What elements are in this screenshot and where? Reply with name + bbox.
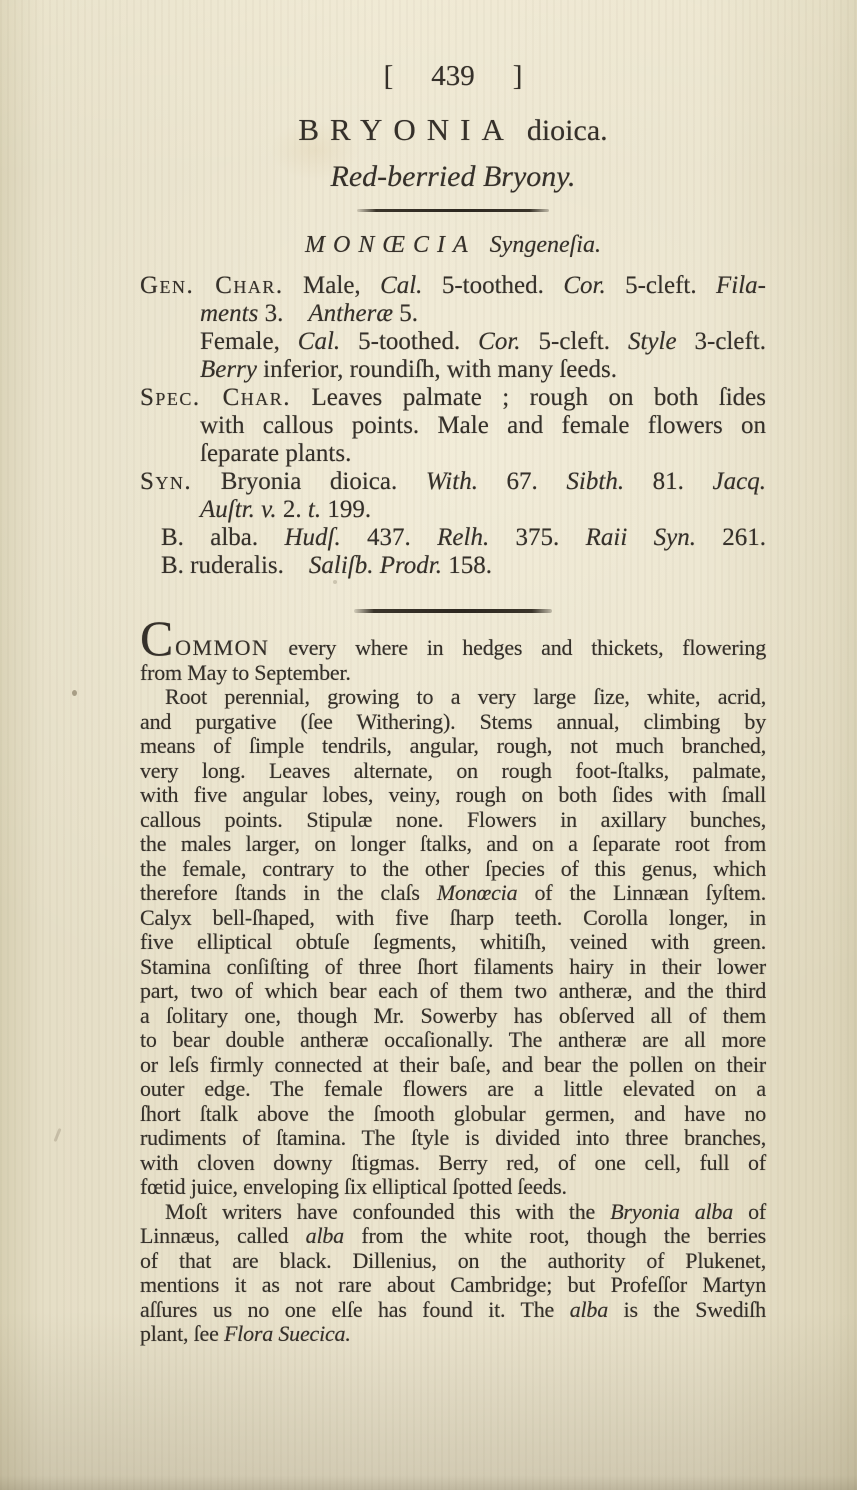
text-segment: Antheræ: [308, 300, 393, 327]
text-segment: from the white root, though the berries: [344, 1223, 766, 1248]
text-segment: Jacq.: [713, 468, 766, 495]
text-segment: Spec. Char.: [140, 384, 291, 411]
text-segment: Calyx bell-ſhaped, with five ſharp teeth…: [140, 905, 766, 930]
text-line: mentions it as not rare about Cambridge;…: [140, 1273, 766, 1298]
text-segment: Sibth.: [566, 468, 624, 495]
text-line: plant, ſee Flora Suecica.: [140, 1322, 766, 1347]
initial-capital: C: [140, 610, 173, 666]
text-segment: 375.: [489, 524, 585, 551]
text-line: Auſtr. v. 2. t. 199.: [140, 496, 766, 524]
text-line: Linnæus, called alba from the white root…: [140, 1224, 766, 1249]
text-segment: 5-cleft.: [606, 272, 716, 299]
text-segment: Linnæus, called: [140, 1223, 306, 1248]
text-line: fœtid juice, enveloping ſix elliptical ſ…: [140, 1175, 766, 1200]
text-line: ſeparate plants.: [140, 440, 766, 468]
text-segment: OMMON: [175, 635, 269, 660]
page-content: [439] BRYONIAdioica. Red-berried Bryony.…: [140, 0, 766, 1347]
genus-name: BRYONIA: [298, 112, 515, 147]
text-line: therefore ſtands in the claſs Monœcia of…: [140, 881, 766, 906]
text-segment: Hudſ.: [284, 524, 340, 551]
text-segment: five elliptical obtuſe ſegments, whitiſh…: [140, 929, 766, 954]
text-line: outer edge. The female flowers are a lit…: [140, 1077, 766, 1102]
text-line: Stamina conſiſting of three ſhort filame…: [140, 955, 766, 980]
common-name: Red-berried Bryony.: [140, 160, 766, 194]
text-segment: alba: [306, 1223, 344, 1248]
text-segment: 5-toothed.: [422, 272, 563, 299]
text-segment: Cor.: [563, 272, 605, 299]
text-segment: of that are black. Dillenius, on the aut…: [140, 1248, 766, 1273]
text-line: of that are black. Dillenius, on the aut…: [140, 1249, 766, 1274]
text-line: rudiments of ſtamina. The ſtyle is divid…: [140, 1126, 766, 1151]
text-segment: Syn.: [140, 468, 192, 495]
text-line: ſhort ſtalk above the ſmooth globular ge…: [140, 1102, 766, 1127]
text-segment: with five angular lobes, veiny, rough on…: [140, 782, 766, 807]
text-segment: very long. Leaves alternate, on rough fo…: [140, 758, 766, 783]
text-segment: 261.: [696, 524, 766, 551]
text-line: Gen. Char. Male, Cal. 5-toothed. Cor. 5-…: [140, 272, 766, 300]
text-segment: the female, contrary to the other ſpecie…: [140, 856, 766, 881]
text-segment: Moſt writers have confounded this with t…: [165, 1199, 610, 1224]
text-line: B. ruderalis. Saliſb. Prodr. 158.: [140, 552, 766, 580]
text-segment: Root perennial, growing to a very large …: [165, 684, 766, 709]
text-segment: Gen. Char.: [140, 272, 284, 299]
text-segment: part, two of which bear each of them two…: [140, 978, 766, 1003]
text-segment: every where in hedges and thickets, flow…: [269, 635, 766, 660]
text-segment: B. alba.: [161, 524, 284, 551]
text-line: or leſs firmly connected at their baſe, …: [140, 1053, 766, 1078]
text-line: Moſt writers have confounded this with t…: [140, 1200, 766, 1225]
text-segment: of the Linnæan ſyſtem.: [517, 880, 766, 905]
text-line: the female, contrary to the other ſpecie…: [140, 857, 766, 882]
divider-rule-top: [357, 209, 549, 212]
text-segment: 437.: [341, 524, 437, 551]
text-segment: Cal.: [298, 328, 340, 355]
text-line: very long. Leaves alternate, on rough fo…: [140, 759, 766, 784]
text-segment: the males larger, on longer ſtalks, and …: [140, 831, 766, 856]
text-line: with five angular lobes, veiny, rough on…: [140, 783, 766, 808]
text-segment: ſeparate plants.: [200, 440, 351, 467]
text-segment: inferior, roundiſh, with many ſeeds.: [257, 356, 617, 383]
text-line: Berry inferior, roundiſh, with many ſeed…: [140, 356, 766, 384]
text-segment: with callous points. Male and female flo…: [200, 412, 766, 439]
text-segment: Male,: [284, 272, 380, 299]
text-line: Root perennial, growing to a very large …: [140, 685, 766, 710]
text-segment: and purgative (ſee Withering). Stems ann…: [140, 709, 766, 734]
text-line: a ſolitary one, though Mr. Sowerby has o…: [140, 1004, 766, 1029]
text-line: with callous points. Male and female flo…: [140, 412, 766, 440]
linnaean-order: Syngeneſia.: [490, 232, 601, 258]
text-segment: means of ſimple tendrils, angular, rough…: [140, 733, 766, 758]
page-title: BRYONIAdioica.: [140, 113, 766, 153]
text-segment: aſſures us no one elſe has found it. The: [140, 1297, 570, 1322]
bracket-open: [: [384, 60, 394, 92]
book-page-photo: [439] BRYONIAdioica. Red-berried Bryony.…: [0, 0, 857, 1490]
text-segment: of: [733, 1199, 766, 1224]
text-segment: Style: [628, 328, 677, 355]
description-section: COMMON every where in hedges and thicket…: [140, 636, 766, 1347]
text-segment: 3-cleft.: [677, 328, 766, 355]
text-line: means of ſimple tendrils, angular, rough…: [140, 734, 766, 759]
text-segment: 2.: [277, 496, 308, 523]
text-segment: t.: [308, 496, 321, 523]
text-segment: 199.: [321, 496, 371, 523]
text-segment: Fila-: [716, 272, 766, 299]
text-segment: B. ruderalis.: [161, 552, 309, 579]
text-segment: fœtid juice, enveloping ſix elliptical ſ…: [140, 1174, 567, 1199]
text-line: aſſures us no one elſe has found it. The…: [140, 1298, 766, 1323]
text-segment: Berry: [200, 356, 257, 383]
text-segment: Flora Suecica.: [224, 1321, 351, 1346]
linnaean-class: MONŒCIA: [305, 232, 476, 258]
text-segment: 81.: [624, 468, 712, 495]
text-line: COMMON every where in hedges and thicket…: [140, 636, 766, 661]
text-segment: with cloven downy ſtigmas. Berry red, of…: [140, 1150, 766, 1175]
paper-speck: [53, 1128, 61, 1142]
text-segment: callous points. Stipulæ none. Flowers in…: [140, 807, 766, 832]
text-line: Female, Cal. 5-toothed. Cor. 5-cleft. St…: [140, 328, 766, 356]
text-segment: 3.: [258, 300, 308, 327]
text-line: B. alba. Hudſ. 437. Relh. 375. Raii Syn.…: [140, 524, 766, 552]
text-segment: Cal.: [380, 272, 422, 299]
species-name: dioica.: [527, 114, 608, 147]
text-segment: Bryonia dioica.: [192, 468, 426, 495]
text-segment: Cor.: [478, 328, 520, 355]
text-segment: to bear double antheræ occaſionally. The…: [140, 1027, 766, 1052]
text-line: with cloven downy ſtigmas. Berry red, of…: [140, 1151, 766, 1176]
text-segment: Relh.: [437, 524, 489, 551]
classification-line: MONŒCIASyngeneſia.: [140, 231, 766, 259]
text-segment: Female,: [200, 328, 298, 355]
text-segment: mentions it as not rare about Cambridge;…: [140, 1272, 766, 1297]
text-segment: 5-toothed.: [340, 328, 478, 355]
text-segment: outer edge. The female flowers are a lit…: [140, 1076, 766, 1101]
text-segment: Stamina conſiſting of three ſhort filame…: [140, 954, 766, 979]
text-segment: plant, ſee: [140, 1321, 224, 1346]
text-line: ments 3. Antheræ 5.: [140, 300, 766, 328]
text-segment: 67.: [478, 468, 566, 495]
text-segment: With.: [426, 468, 478, 495]
text-segment: alba: [570, 1297, 608, 1322]
text-segment: a ſolitary one, though Mr. Sowerby has o…: [140, 1003, 766, 1028]
text-line: Spec. Char. Leaves palmate ; rough on bo…: [140, 384, 766, 412]
text-line: five elliptical obtuſe ſegments, whitiſh…: [140, 930, 766, 955]
text-segment: ſhort ſtalk above the ſmooth globular ge…: [140, 1101, 766, 1126]
text-line: Calyx bell-ſhaped, with five ſharp teeth…: [140, 906, 766, 931]
paper-speck: [72, 690, 77, 696]
text-segment: rudiments of ſtamina. The ſtyle is divid…: [140, 1125, 766, 1150]
text-segment: Monœcia: [437, 880, 517, 905]
text-segment: is the Swediſh: [608, 1297, 766, 1322]
text-segment: Auſtr. v.: [200, 496, 277, 523]
text-segment: 5.: [393, 300, 418, 327]
text-segment: or leſs firmly connected at their baſe, …: [140, 1052, 766, 1077]
page-number: [439]: [140, 60, 766, 92]
text-segment: 158.: [442, 552, 492, 579]
text-segment: therefore ſtands in the claſs: [140, 880, 437, 905]
text-line: part, two of which bear each of them two…: [140, 979, 766, 1004]
text-segment: 5-cleft.: [521, 328, 628, 355]
text-line: to bear double antheræ occaſionally. The…: [140, 1028, 766, 1053]
page-number-value: 439: [431, 60, 475, 92]
divider-rule-middle: [354, 609, 552, 613]
text-line: the males larger, on longer ſtalks, and …: [140, 832, 766, 857]
bibliography-section: Gen. Char. Male, Cal. 5-toothed. Cor. 5-…: [140, 272, 766, 580]
text-line: callous points. Stipulæ none. Flowers in…: [140, 808, 766, 833]
text-line: from May to September.: [140, 661, 766, 686]
text-line: and purgative (ſee Withering). Stems ann…: [140, 710, 766, 735]
text-segment: Raii Syn.: [586, 524, 696, 551]
text-segment: Bryonia alba: [610, 1199, 733, 1224]
text-line: Syn. Bryonia dioica. With. 67. Sibth. 81…: [140, 468, 766, 496]
bracket-close: ]: [513, 60, 523, 92]
text-segment: Saliſb. Prodr.: [309, 552, 442, 579]
text-segment: ments: [200, 300, 258, 327]
text-segment: from May to September.: [140, 660, 351, 685]
text-segment: Leaves palmate ; rough on both ſides: [291, 384, 766, 411]
